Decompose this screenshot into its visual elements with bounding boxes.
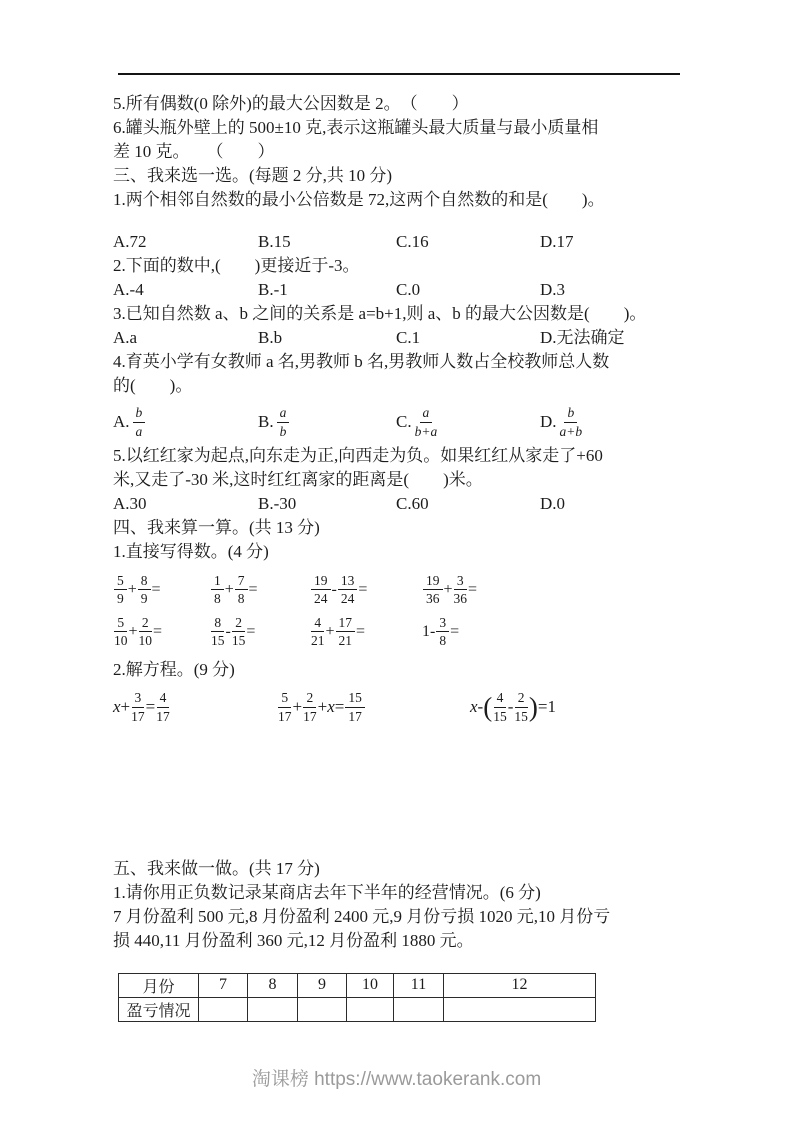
calc-expression: 1924 - 1324 = bbox=[310, 573, 422, 606]
equals-sign: = bbox=[153, 623, 162, 641]
paper-content: 5.所有偶数(0 除外)的最大公因数是 2。 （ ） 6.罐头瓶外壁上的 500… bbox=[113, 0, 688, 1022]
working-space bbox=[113, 724, 688, 857]
option-c: C.1 bbox=[396, 326, 540, 350]
option-label: C. bbox=[396, 410, 412, 434]
option-d: D.无法确定 bbox=[540, 326, 688, 350]
calc-expression: 18 + 78 = bbox=[210, 573, 310, 606]
profit-description-line2: 损 440,11 月份盈利 360 元,12 月份盈利 1880 元。 bbox=[113, 929, 688, 953]
question-4-line2: 的( )。 bbox=[113, 374, 688, 398]
operator: - bbox=[332, 581, 337, 599]
profit-description-line1: 7 月份盈利 500 元,8 月份盈利 2400 元,9 月份亏损 1020 元… bbox=[113, 905, 688, 929]
equation-3: x - ( 415 - 215 ) =1 bbox=[470, 690, 688, 723]
exam-paper-page: 5.所有偶数(0 除外)的最大公因数是 2。 （ ） 6.罐头瓶外壁上的 500… bbox=[0, 0, 793, 1122]
option-b: B.15 bbox=[258, 230, 396, 254]
month-cell: 8 bbox=[248, 973, 298, 997]
header-profit-loss: 盈亏情况 bbox=[119, 997, 199, 1021]
fraction: 417 bbox=[156, 690, 170, 723]
fraction: 1924 bbox=[311, 573, 331, 606]
fraction-numerator: b bbox=[564, 405, 577, 422]
month-cell: 12 bbox=[444, 973, 596, 997]
fraction: 421 bbox=[311, 615, 325, 648]
fraction-numerator: a bbox=[277, 405, 290, 422]
judge-question-5: 5.所有偶数(0 除外)的最大公因数是 2。 （ ） bbox=[113, 92, 688, 116]
option-b: B.b bbox=[258, 326, 396, 350]
equals-sign: = bbox=[246, 623, 255, 641]
calc-expression: 1936 + 336 = bbox=[422, 573, 688, 606]
month-cell: 9 bbox=[298, 973, 347, 997]
fraction: 510 bbox=[114, 615, 128, 648]
question-1: 1.两个相邻自然数的最小公倍数是 72,这两个自然数的和是( )。 bbox=[113, 188, 688, 212]
answer-cell bbox=[298, 997, 347, 1021]
option-a: A.30 bbox=[113, 492, 258, 516]
option-d: D.17 bbox=[540, 230, 688, 254]
answer-cell bbox=[248, 997, 298, 1021]
option-b: B. a b bbox=[258, 405, 396, 438]
fraction-denominator: a bbox=[136, 423, 143, 439]
equals-sign: = bbox=[249, 581, 258, 599]
equals-sign: = bbox=[468, 581, 477, 599]
option-label: D. bbox=[540, 410, 557, 434]
operator: + bbox=[128, 581, 137, 599]
fraction: 59 bbox=[114, 573, 127, 606]
question-3: 3.已知自然数 a、b 之间的关系是 a=b+1,则 a、b 的最大公因数是( … bbox=[113, 302, 688, 326]
option-a: A.a bbox=[113, 326, 258, 350]
fraction: 18 bbox=[211, 573, 224, 606]
fraction-numerator: a bbox=[420, 405, 433, 422]
header-month: 月份 bbox=[119, 973, 199, 997]
fraction: 215 bbox=[232, 615, 246, 648]
solve-subtitle: 2.解方程。(9 分) bbox=[113, 658, 688, 682]
operator: + bbox=[293, 697, 303, 717]
section5-title: 五、我来做一做。(共 17 分) bbox=[113, 857, 688, 881]
calc-subtitle: 1.直接写得数。(4 分) bbox=[113, 540, 688, 564]
answer-cell bbox=[394, 997, 444, 1021]
option-c: C.60 bbox=[396, 492, 540, 516]
option-c: C.16 bbox=[396, 230, 540, 254]
profit-loss-table: 月份 7 8 9 10 11 12 盈亏情况 bbox=[118, 973, 596, 1022]
fraction: 210 bbox=[139, 615, 153, 648]
option-b: B.-1 bbox=[258, 278, 396, 302]
fraction-denominator: b bbox=[280, 423, 287, 439]
equals-sign: = bbox=[335, 697, 345, 717]
section5-question-1: 1.请你用正负数记录某商店去年下半年的经营情况。(6 分) bbox=[113, 881, 688, 905]
fraction: 38 bbox=[436, 615, 449, 648]
operator: + bbox=[318, 697, 328, 717]
table-row-profit-loss: 盈亏情况 bbox=[119, 997, 596, 1021]
option-b: B.-30 bbox=[258, 492, 396, 516]
option-label: B. bbox=[258, 410, 274, 434]
variable-x: x bbox=[327, 697, 335, 717]
calc-expression: 510 + 210 = bbox=[113, 615, 210, 648]
fraction: 217 bbox=[303, 690, 317, 723]
fraction: 415 bbox=[493, 690, 507, 723]
left-paren: ( bbox=[483, 695, 492, 719]
operator: + bbox=[326, 623, 335, 641]
answer-cell bbox=[199, 997, 248, 1021]
option-a: A.72 bbox=[113, 230, 258, 254]
equals-sign: = bbox=[152, 581, 161, 599]
fraction: 89 bbox=[138, 573, 151, 606]
operator: + bbox=[225, 581, 234, 599]
fraction: b a bbox=[133, 405, 146, 438]
calc-row-2: 510 + 210 = 815 - 215 = 421 + 1721 = 1- … bbox=[113, 615, 688, 648]
equation-1: x + 317 = 417 bbox=[113, 690, 277, 723]
judge-question-6-line1: 6.罐头瓶外壁上的 500±10 克,表示这瓶罐头最大质量与最小质量相 bbox=[113, 116, 688, 140]
section3-title: 三、我来选一选。(每题 2 分,共 10 分) bbox=[113, 164, 688, 188]
question-5-options: A.30 B.-30 C.60 D.0 bbox=[113, 492, 688, 516]
fraction: 517 bbox=[278, 690, 292, 723]
fraction: b a+b bbox=[560, 405, 583, 438]
fraction: 1517 bbox=[345, 690, 365, 723]
option-d: D. b a+b bbox=[540, 405, 688, 438]
calc-expression: 59 + 89 = bbox=[113, 573, 210, 606]
month-cell: 10 bbox=[347, 973, 394, 997]
table-row-months: 月份 7 8 9 10 11 12 bbox=[119, 973, 596, 997]
right-paren: ) bbox=[529, 695, 538, 719]
month-cell: 11 bbox=[394, 973, 444, 997]
question-2-options: A.-4 B.-1 C.0 D.3 bbox=[113, 278, 688, 302]
option-c: C.0 bbox=[396, 278, 540, 302]
fraction: 336 bbox=[454, 573, 468, 606]
variable-x: x bbox=[470, 697, 478, 717]
option-a: A.-4 bbox=[113, 278, 258, 302]
answer-cell bbox=[444, 997, 596, 1021]
fraction: a b bbox=[277, 405, 290, 438]
question-5-line1: 5.以红红家为起点,向东走为正,向西走为负。如果红红从家走了+60 bbox=[113, 444, 688, 468]
operator: + bbox=[444, 581, 453, 599]
fraction: 317 bbox=[131, 690, 145, 723]
question-4-options: A. b a B. a b C. a b+a bbox=[113, 400, 688, 444]
fraction: 815 bbox=[211, 615, 225, 648]
variable-x: x bbox=[113, 697, 121, 717]
operator: - bbox=[226, 623, 231, 641]
fraction: 78 bbox=[235, 573, 248, 606]
equals-sign: = bbox=[146, 697, 156, 717]
option-d: D.3 bbox=[540, 278, 688, 302]
fraction: 1721 bbox=[336, 615, 356, 648]
fraction: 1324 bbox=[338, 573, 358, 606]
question-1-options: A.72 B.15 C.16 D.17 bbox=[113, 230, 688, 254]
equals-sign: = bbox=[356, 623, 365, 641]
calc-row-1: 59 + 89 = 18 + 78 = 1924 - 1324 = 1936 +… bbox=[113, 573, 688, 606]
equals-sign: = bbox=[358, 581, 367, 599]
equations-row: x + 317 = 417 517 + 217 + x = 1517 x - (… bbox=[113, 690, 688, 723]
operator: + bbox=[129, 623, 138, 641]
question-3-options: A.a B.b C.1 D.无法确定 bbox=[113, 326, 688, 350]
month-cell: 7 bbox=[199, 973, 248, 997]
footer-watermark: 淘课榜 https://www.taokerank.com bbox=[0, 1064, 793, 1091]
whole-number: 1- bbox=[422, 623, 435, 641]
calc-expression: 1- 38 = bbox=[422, 615, 688, 648]
equation-2: 517 + 217 + x = 1517 bbox=[277, 690, 470, 723]
option-c: C. a b+a bbox=[396, 405, 540, 438]
option-label: A. bbox=[113, 410, 130, 434]
question-5-line2: 米,又走了-30 米,这时红红离家的距离是( )米。 bbox=[113, 468, 688, 492]
answer-cell bbox=[347, 997, 394, 1021]
fraction: a b+a bbox=[415, 405, 438, 438]
fraction: 1936 bbox=[423, 573, 443, 606]
calc-expression: 815 - 215 = bbox=[210, 615, 310, 648]
fraction: 215 bbox=[514, 690, 528, 723]
fraction-denominator: b+a bbox=[415, 423, 438, 439]
question-4-line1: 4.育英小学有女教师 a 名,男教师 b 名,男教师人数占全校教师总人数 bbox=[113, 350, 688, 374]
operator: - bbox=[508, 697, 514, 717]
fraction-numerator: b bbox=[133, 405, 146, 422]
option-a: A. b a bbox=[113, 405, 258, 438]
equals-sign: = bbox=[450, 623, 459, 641]
option-d: D.0 bbox=[540, 492, 688, 516]
judge-question-6-line2: 差 10 克。 （ ） bbox=[113, 140, 688, 164]
fraction-denominator: a+b bbox=[560, 423, 583, 439]
equals-value: =1 bbox=[538, 697, 556, 717]
question-2: 2.下面的数中,( )更接近于-3。 bbox=[113, 254, 688, 278]
section4-title: 四、我来算一算。(共 13 分) bbox=[113, 516, 688, 540]
calc-expression: 421 + 1721 = bbox=[310, 615, 422, 648]
operator: + bbox=[121, 697, 131, 717]
